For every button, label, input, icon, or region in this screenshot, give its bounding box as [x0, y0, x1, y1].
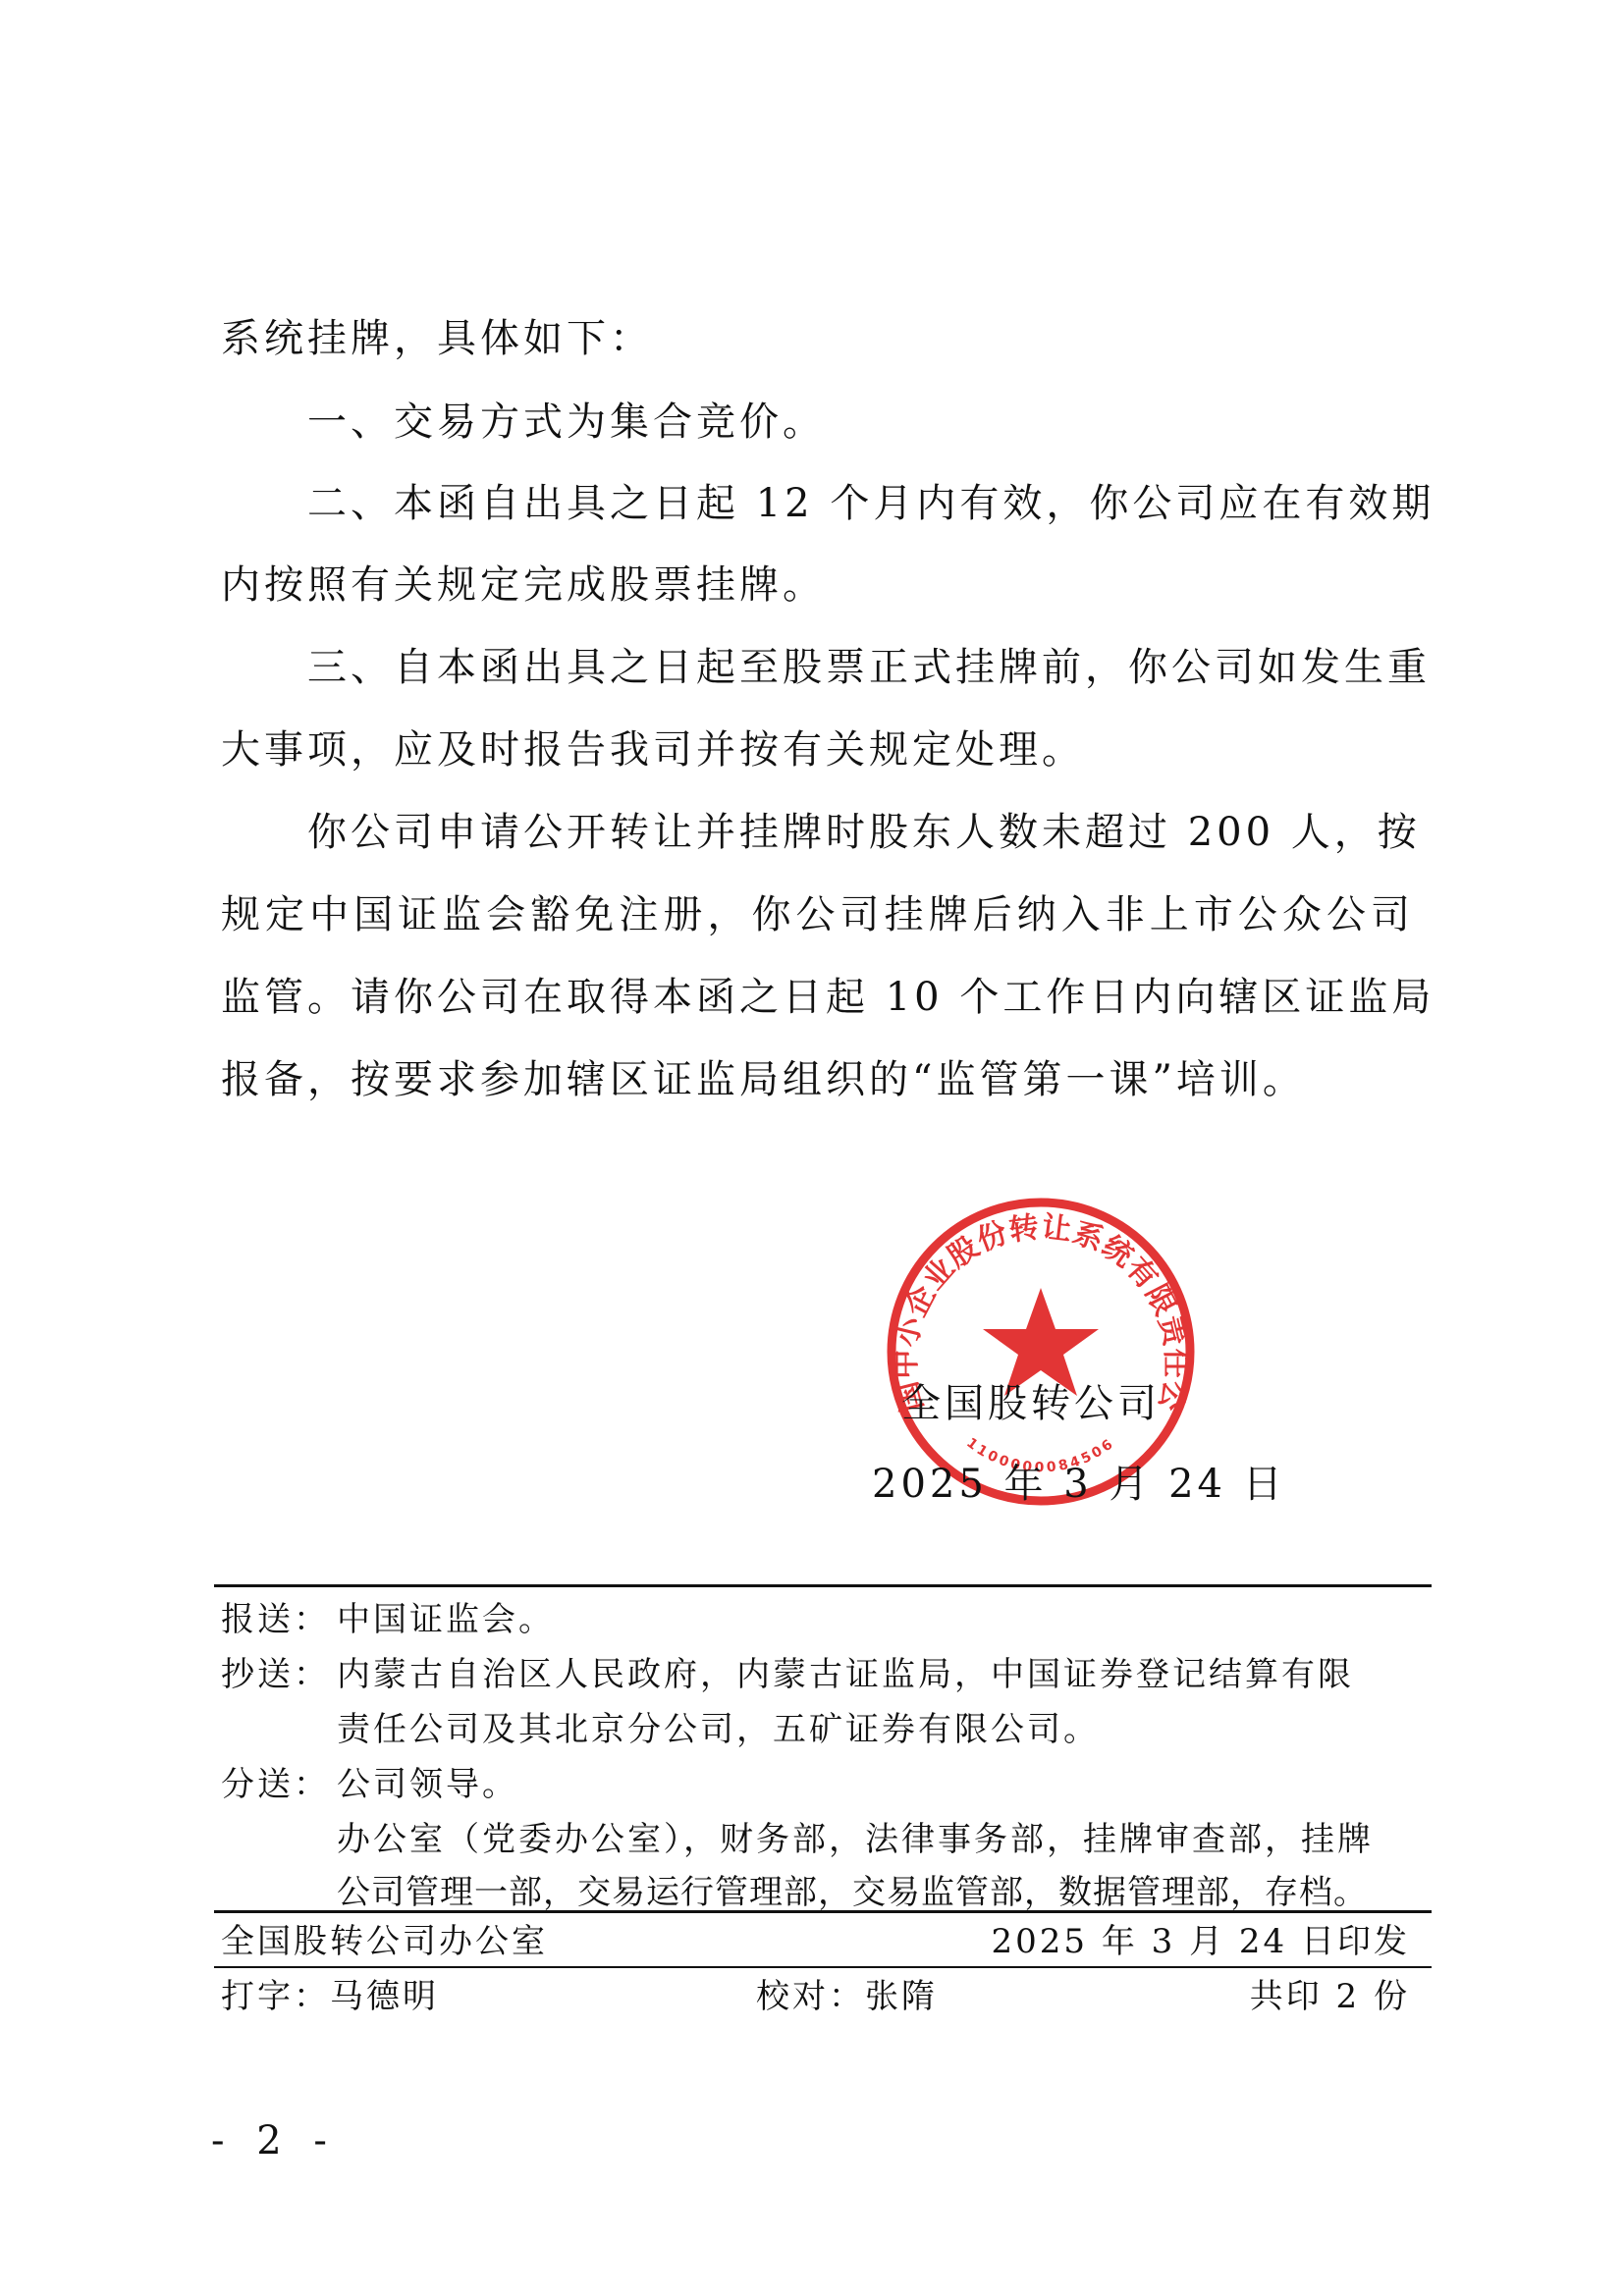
divider: [214, 1966, 1432, 1968]
page-number: - 2 -: [211, 2118, 337, 2163]
body-line: 大事项，应及时报告我司并按有关规定处理。: [221, 721, 1414, 779]
body-line: 一、交易方式为集合竞价。: [307, 393, 1414, 452]
issuing-office: 全国股转公司办公室: [221, 1920, 548, 1963]
body-line: 监管。请你公司在取得本函之日起 10 个工作日内向辖区证监局: [221, 968, 1414, 1027]
report-to-label: 报送：: [221, 1598, 330, 1641]
body-line: 规定中国证监会豁免注册，你公司挂牌后纳入非上市公众公司: [221, 885, 1414, 944]
copy-to-label: 抄送：: [221, 1653, 330, 1696]
print-date: 2025 年 3 月 24 日印发: [992, 1920, 1410, 1963]
body-line: 系统挂牌，具体如下：: [221, 309, 1414, 368]
body-line: 三、自本函出具之日起至股票正式挂牌前，你公司如发生重: [307, 638, 1414, 697]
copies-count: 共印 2 份: [1250, 1975, 1410, 2018]
internal-line: 公司领导。: [337, 1763, 1412, 1806]
copy-to-line: 内蒙古自治区人民政府，内蒙古证监局，中国证券登记结算有限: [337, 1653, 1412, 1696]
divider: [214, 1910, 1432, 1913]
body-line: 内按照有关规定完成股票挂牌。: [221, 556, 1414, 614]
typist: 打字：马德明: [221, 1975, 439, 2018]
internal-label: 分送：: [221, 1763, 330, 1806]
copy-to-line: 责任公司及其北京分公司，五矿证券有限公司。: [337, 1708, 1412, 1751]
internal-line: 公司管理一部，交易运行管理部，交易监管部，数据管理部，存档。: [337, 1871, 1412, 1914]
issue-date: 2025 年 3 月 24 日: [872, 1457, 1286, 1512]
proofreader: 校对：张隋: [756, 1975, 938, 2018]
body-line: 二、本函自出具之日起 12 个月内有效，你公司应在有效期: [307, 474, 1414, 533]
report-to: 中国证监会。: [337, 1598, 1412, 1641]
body-line: 报备，按要求参加辖区证监局组织的“监管第一课”培训。: [221, 1050, 1414, 1109]
issuer-name: 全国股转公司: [901, 1376, 1161, 1431]
divider: [214, 1584, 1432, 1587]
internal-line: 办公室（党委办公室），财务部，法律事务部，挂牌审查部，挂牌: [337, 1818, 1412, 1861]
body-line: 你公司申请公开转让并挂牌时股东人数未超过 200 人，按: [307, 803, 1414, 862]
